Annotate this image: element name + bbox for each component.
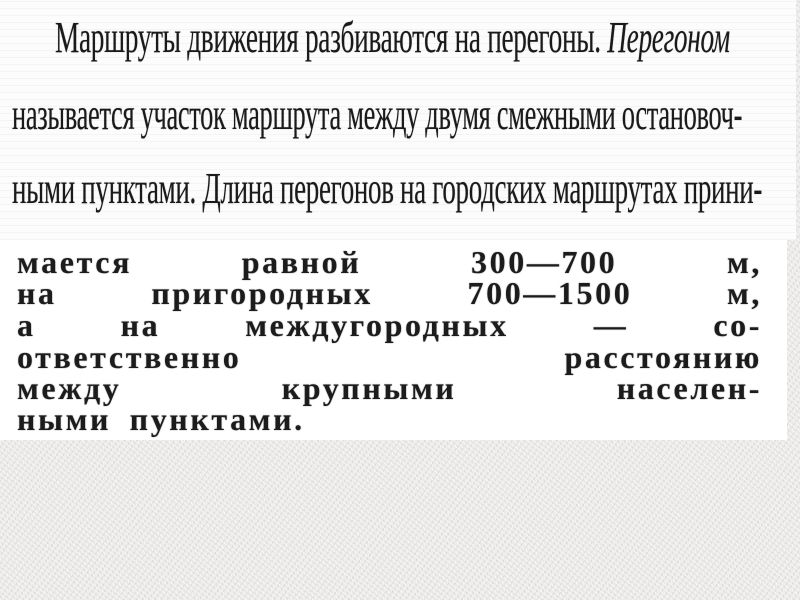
text-line: на пригородных 700—1500 м, (17, 277, 762, 309)
scanned-text-block-bottom: мается равной 300—700 м, на пригородных … (0, 240, 787, 440)
scanned-text-block-top: Маршруты движения разбиваются на перегон… (0, 0, 796, 240)
text-line: ными пунктами. (17, 403, 762, 435)
text-line: ответственно расстоянию (17, 341, 762, 373)
text-line: мается равной 300—700 м, (17, 246, 762, 278)
term-italic: Перегоном (607, 13, 730, 62)
text-line: Маршруты движения разбиваются на перегон… (55, 16, 730, 60)
text-line: ными пунктами. Длина перегонов на городс… (12, 167, 762, 211)
text-line: называется участок маршрута между двумя … (12, 93, 742, 137)
text-line: а на междугородных — со- (17, 309, 762, 341)
text-line: между крупными населен- (17, 372, 762, 404)
text-line-regular: Маршруты движения разбиваются на перегон… (55, 13, 607, 62)
